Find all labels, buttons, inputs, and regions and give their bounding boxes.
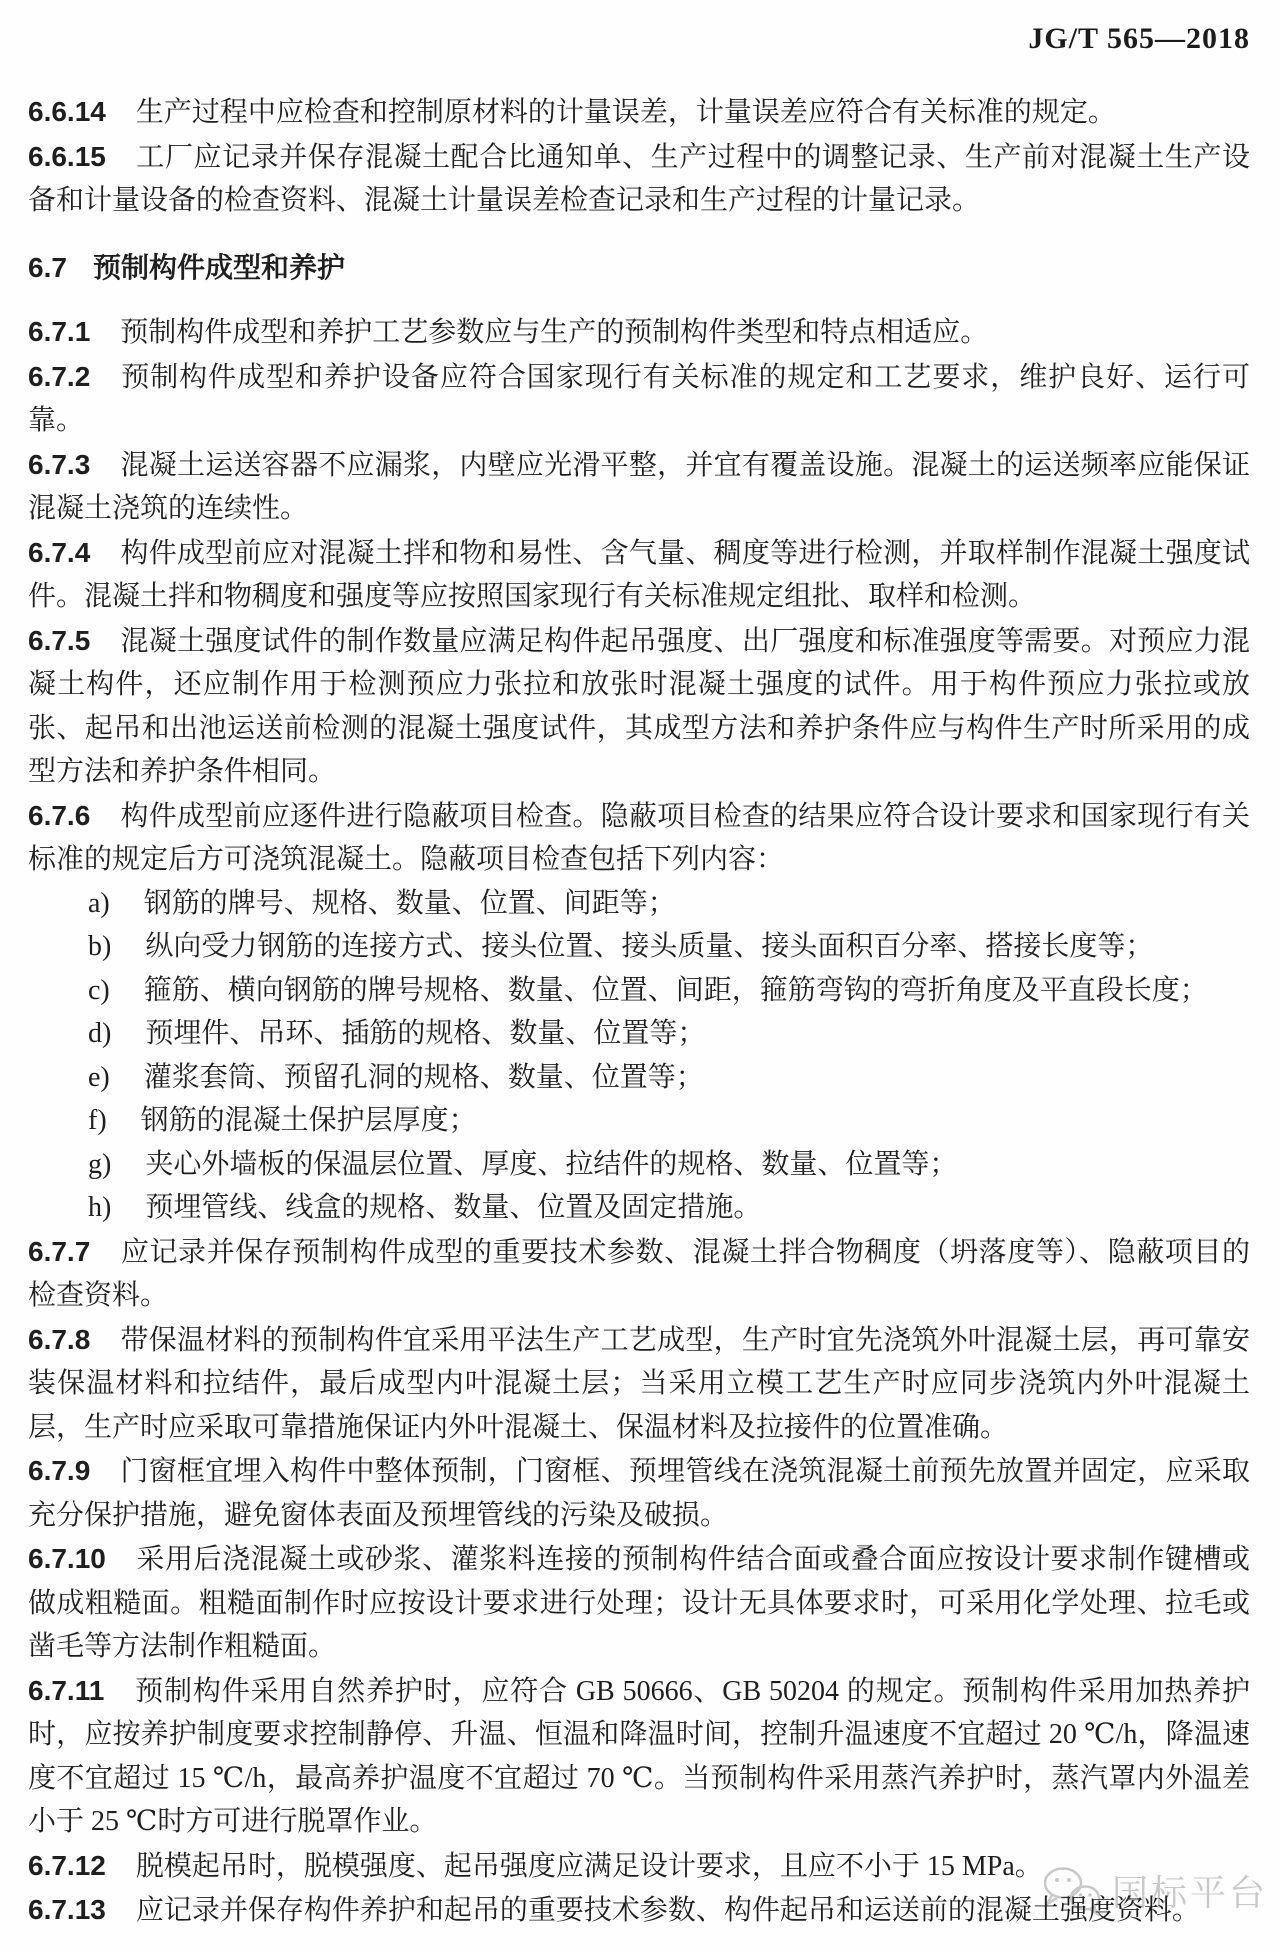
clause-number: 6.7.6 — [28, 800, 90, 831]
clause-text: 预制构件成型和养护设备应符合国家现行有关标准的规定和工艺要求，维护良好、运行可靠… — [28, 362, 1250, 437]
item-letter: b) — [88, 931, 111, 962]
clause-text: 纵向受力钢筋的连接方式、接头位置、接头质量、接头面积百分率、搭接长度等； — [145, 931, 1153, 962]
clause-text: 混凝土运送容器不应漏浆，内壁应光滑平整，并宜有覆盖设施。混凝土的运送频率应能保证… — [28, 450, 1250, 525]
clause-text: 钢筋的牌号、规格、数量、位置、间距等； — [144, 888, 676, 919]
list-item: g)夹心外墙板的保温层位置、厚度、拉结件的规格、数量、位置等； — [28, 1143, 1250, 1187]
clause-text: 灌浆套筒、预留孔洞的规格、数量、位置等； — [144, 1062, 704, 1093]
clause-number: 6.7.3 — [28, 449, 90, 480]
clause-paragraph: 6.7.7应记录并保存预制构件成型的重要技术参数、混凝土拌合物稠度（坍落度等）、… — [28, 1230, 1250, 1318]
document-body: 6.6.14生产过程中应检查和控制原材料的计量误差，计量误差应符合有关标准的规定… — [28, 90, 1250, 1933]
clause-text: 混凝土强度试件的制作数量应满足构件起吊强度、出厂强度和标准强度等需要。对预应力混… — [28, 626, 1250, 788]
list-item: h)预埋管线、线盒的规格、数量、位置及固定措施。 — [28, 1186, 1250, 1230]
clause-text: 箍筋、横向钢筋的牌号规格、数量、位置、间距，箍筋弯钩的弯折角度及平直段长度； — [144, 975, 1208, 1006]
clause-number: 6.7.12 — [28, 1850, 106, 1881]
clause-paragraph: 6.7.13应记录并保存构件养护和起吊的重要技术参数、构件起吊和运送前的混凝土强… — [28, 1888, 1250, 1933]
clause-paragraph: 6.7.11预制构件采用自然养护时，应符合 GB 50666、GB 50204 … — [28, 1669, 1250, 1844]
document-code: JG/T 565—2018 — [1028, 22, 1250, 56]
clause-text: 构件成型前应对混凝土拌和物和易性、含气量、稠度等进行检测，并取样制作混凝土强度试… — [28, 538, 1250, 613]
clause-text: 带保温材料的预制构件宜采用平法生产工艺成型，生产时宜先浇筑外叶混凝土层，再可靠安… — [28, 1325, 1250, 1443]
clause-paragraph: 6.7.8带保温材料的预制构件宜采用平法生产工艺成型，生产时宜先浇筑外叶混凝土层… — [28, 1318, 1250, 1450]
clause-text: 预制构件成型和养护工艺参数应与生产的预制构件类型和特点相适应。 — [120, 317, 988, 348]
clause-number: 6.7.11 — [28, 1675, 104, 1706]
clause-text: 采用后浇混凝土或砂浆、灌浆料连接的预制构件结合面或叠合面应按设计要求制作键槽或做… — [28, 1544, 1250, 1662]
item-letter: d) — [88, 1018, 111, 1049]
item-letter: g) — [88, 1149, 111, 1180]
clause-paragraph: 6.7.2预制构件成型和养护设备应符合国家现行有关标准的规定和工艺要求，维护良好… — [28, 355, 1250, 443]
list-item: f)钢筋的混凝土保护层厚度； — [28, 1099, 1250, 1143]
clause-paragraph: 6.7.3混凝土运送容器不应漏浆，内壁应光滑平整，并宜有覆盖设施。混凝土的运送频… — [28, 443, 1250, 531]
clause-text: 应记录并保存构件养护和起吊的重要技术参数、构件起吊和运送前的混凝土强度资料。 — [136, 1895, 1200, 1926]
clause-text: 夹心外墙板的保温层位置、厚度、拉结件的规格、数量、位置等； — [145, 1149, 957, 1180]
clause-number: 6.7.1 — [28, 316, 90, 347]
clause-number: 6.7.13 — [28, 1894, 106, 1925]
item-letter: e) — [88, 1062, 110, 1093]
clause-text: 脱模起吊时，脱模强度、起吊强度应满足设计要求，且应不小于 15 MPa。 — [136, 1851, 1043, 1882]
clause-text: 预埋管线、线盒的规格、数量、位置及固定措施。 — [145, 1192, 761, 1223]
list-item: e)灌浆套筒、预留孔洞的规格、数量、位置等； — [28, 1056, 1250, 1100]
clause-text: 应记录并保存预制构件成型的重要技术参数、混凝土拌合物稠度（坍落度等）、隐蔽项目的… — [28, 1237, 1250, 1312]
clause-paragraph: 6.7.10采用后浇混凝土或砂浆、灌浆料连接的预制构件结合面或叠合面应按设计要求… — [28, 1537, 1250, 1669]
section-heading-text: 预制构件成型和养护 — [93, 252, 345, 283]
clause-number: 6.6.14 — [28, 96, 106, 127]
clause-number: 6.7.10 — [28, 1543, 106, 1574]
clause-number: 6.7 — [28, 252, 67, 283]
clause-text: 预埋件、吊环、插筋的规格、数量、位置等； — [145, 1018, 705, 1049]
list-item: c)箍筋、横向钢筋的牌号规格、数量、位置、间距，箍筋弯钩的弯折角度及平直段长度； — [28, 969, 1250, 1013]
clause-text: 工厂应记录并保存混凝土配合比通知单、生产过程中的调整记录、生产前对混凝土生产设备… — [28, 142, 1250, 217]
clause-paragraph: 6.6.14生产过程中应检查和控制原材料的计量误差，计量误差应符合有关标准的规定… — [28, 90, 1250, 135]
clause-paragraph: 6.7.12脱模起吊时，脱模强度、起吊强度应满足设计要求，且应不小于 15 MP… — [28, 1844, 1250, 1889]
clause-number: 6.7.9 — [28, 1455, 90, 1486]
item-letter: a) — [88, 888, 110, 919]
list-item: a)钢筋的牌号、规格、数量、位置、间距等； — [28, 882, 1250, 926]
item-letter: c) — [88, 975, 110, 1006]
item-letter: f) — [88, 1105, 107, 1136]
clause-paragraph: 6.7.5混凝土强度试件的制作数量应满足构件起吊强度、出厂强度和标准强度等需要。… — [28, 619, 1250, 794]
clause-text: 预制构件采用自然养护时，应符合 GB 50666、GB 50204 的规定。预制… — [28, 1676, 1250, 1838]
clause-number: 6.7.2 — [28, 361, 90, 392]
clause-number: 6.7.8 — [28, 1324, 90, 1355]
clause-paragraph: 6.6.15工厂应记录并保存混凝土配合比通知单、生产过程中的调整记录、生产前对混… — [28, 135, 1250, 223]
clause-number: 6.7.4 — [28, 537, 90, 568]
clause-paragraph: 6.7.4构件成型前应对混凝土拌和物和易性、含气量、稠度等进行检测，并取样制作混… — [28, 531, 1250, 619]
section-heading: 6.7预制构件成型和养护 — [28, 246, 1250, 290]
clause-paragraph: 6.7.9门窗框宜埋入构件中整体预制，门窗框、预埋管线在浇筑混凝土前预先放置并固… — [28, 1449, 1250, 1537]
item-letter: h) — [88, 1192, 111, 1223]
clause-number: 6.7.5 — [28, 625, 90, 656]
document-page: JG/T 565—2018 国标平台 6.6.14生产过程中应检查和控制原材料的… — [0, 0, 1280, 1953]
clause-number: 6.7.7 — [28, 1236, 90, 1267]
clause-paragraph: 6.7.6构件成型前应逐件进行隐蔽项目检查。隐蔽项目检查的结果应符合设计要求和国… — [28, 794, 1250, 882]
list-item: d)预埋件、吊环、插筋的规格、数量、位置等； — [28, 1012, 1250, 1056]
clause-number: 6.6.15 — [28, 141, 106, 172]
clause-paragraph: 6.7.1预制构件成型和养护工艺参数应与生产的预制构件类型和特点相适应。 — [28, 310, 1250, 355]
clause-text: 构件成型前应逐件进行隐蔽项目检查。隐蔽项目检查的结果应符合设计要求和国家现行有关… — [28, 801, 1250, 876]
list-item: b)纵向受力钢筋的连接方式、接头位置、接头质量、接头面积百分率、搭接长度等； — [28, 925, 1250, 969]
clause-text: 钢筋的混凝土保护层厚度； — [141, 1105, 477, 1136]
clause-text: 门窗框宜埋入构件中整体预制，门窗框、预埋管线在浇筑混凝土前预先放置并固定，应采取… — [28, 1456, 1250, 1531]
clause-text: 生产过程中应检查和控制原材料的计量误差，计量误差应符合有关标准的规定。 — [136, 97, 1116, 128]
